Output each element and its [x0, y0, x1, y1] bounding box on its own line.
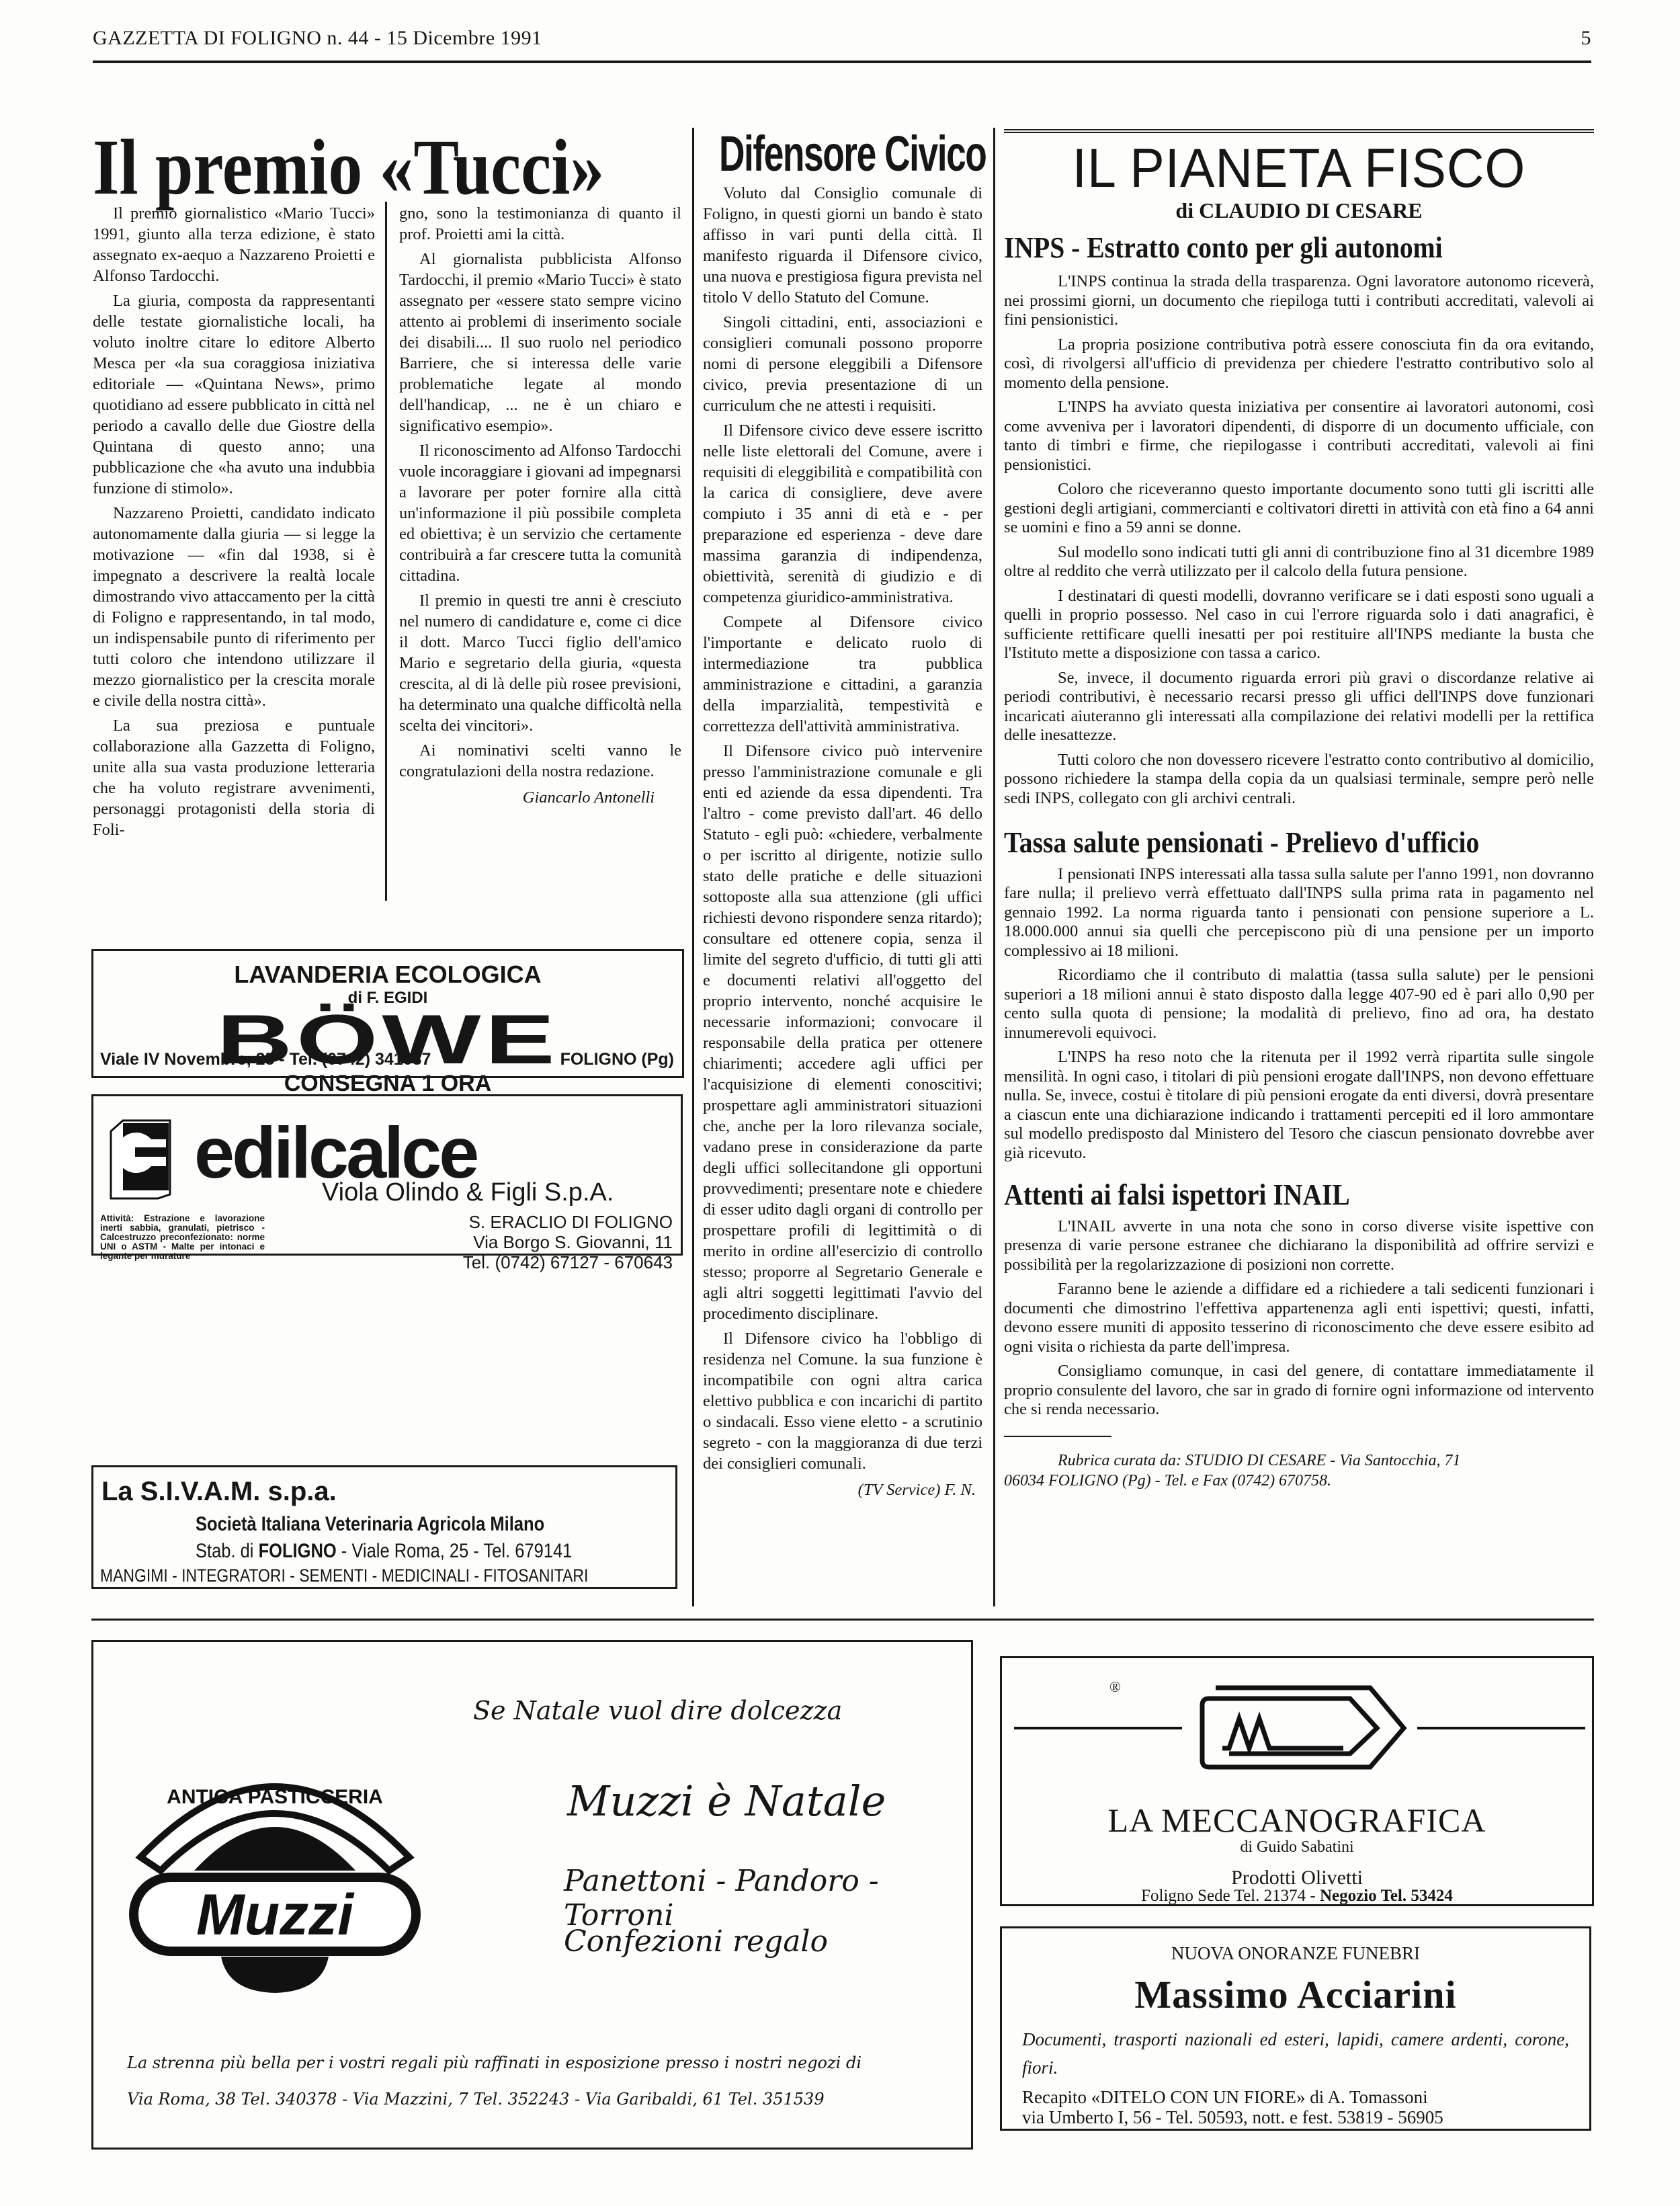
difensore-column: Voluto dal Consiglio comunale di Foligno…	[703, 183, 982, 1500]
contacts-bold: Negozio Tel. 53424	[1320, 1887, 1453, 1905]
ad-business-name: LAVANDERIA ECOLOGICA	[93, 961, 682, 989]
paragraph: Voluto dal Consiglio comunale di Foligno…	[703, 183, 982, 308]
ad-address: Viale IV Novembre, 25 - Tel. (0742) 3410…	[100, 1050, 431, 1069]
tucci-column-2: gno, sono la testimonianza di quanto il …	[399, 203, 681, 808]
funebri-kicker: NUOVA ONORANZE FUNEBRI	[1002, 1943, 1589, 1964]
headline-tassa-salute: Tassa salute pensionati - Prelievo d'uff…	[1004, 827, 1535, 859]
paragraph: Faranno bene le aziende a diffidare ed a…	[1004, 1280, 1594, 1356]
headline-premio-tucci: Il premio «Tucci»	[93, 128, 601, 207]
ad-edilcalce: edilcalce Viola Olindo & Figli S.p.A. At…	[91, 1094, 683, 1256]
paragraph: Il premio in questi tre anni è cresciuto…	[399, 590, 681, 736]
paragraph: gno, sono la testimonianza di quanto il …	[399, 203, 681, 245]
paragraph: Il premio giornalistico «Mario Tucci» 19…	[93, 203, 375, 286]
paragraph: La propria posizione contributiva potrà …	[1004, 335, 1594, 393]
paragraph: L'INPS ha avviato questa iniziativa per …	[1004, 398, 1594, 475]
inps-article: L'INPS continua la strada della traspare…	[1004, 272, 1594, 808]
muzzi-footer1: La strenna più bella per i vostri regali…	[127, 2053, 862, 2072]
paragraph: I pensionati INPS interessati alla tassa…	[1004, 865, 1594, 961]
column-divider	[385, 202, 387, 901]
fisco-body: INPS - Estratto conto per gli autonomi L…	[1004, 232, 1594, 1491]
address-line: Via Borgo S. Giovanni, 11	[463, 1232, 673, 1252]
ad-onoranze-funebri: NUOVA ONORANZE FUNEBRI Massimo Acciarini…	[1000, 1926, 1591, 2131]
address-line: Tel. (0742) 67127 - 670643	[463, 1252, 673, 1272]
author-signature: Giancarlo Antonelli	[399, 787, 681, 808]
funebri-address-2: via Umberto I, 56 - Tel. 50593, nott. e …	[1022, 2107, 1569, 2127]
paragraph: Al giornalista pubblicista Alfonso Tardo…	[399, 249, 681, 436]
paragraph: I destinatari di questi modelli, dovrann…	[1004, 587, 1594, 663]
address-line: S. ERACLIO DI FOLIGNO	[463, 1212, 673, 1232]
paragraph: La giuria, composta da rappresentanti de…	[93, 290, 375, 499]
running-head: GAZZETTA DI FOLIGNO n. 44 - 15 Dicembre …	[93, 27, 1591, 54]
section-byline: di CLAUDIO DI CESARE	[1004, 198, 1594, 223]
ad-pasticceria-muzzi: ANTICA PASTICCERIA Muzzi Se Natale vuol …	[91, 1640, 973, 2150]
paragraph: Il Difensore civico deve essere iscritto…	[703, 420, 982, 608]
ad-meccanografica: ® LA MECCANOGRAFICA di Guido Sabatini Pr…	[1000, 1656, 1594, 1906]
credit-rule	[1004, 1436, 1111, 1437]
inail-article: L'INAIL avverte in una nota che sono in …	[1004, 1217, 1594, 1420]
paragraph: Il riconoscimento ad Alfonso Tardocchi v…	[399, 440, 681, 586]
header-rule	[93, 60, 1591, 63]
paragraph: Nazzareno Proietti, candidato indicato a…	[93, 503, 375, 711]
meccanografica-logo-icon	[1007, 1685, 1589, 1772]
paragraph: Il Difensore civico ha l'obbligo di resi…	[703, 1328, 982, 1474]
sivam-name: La S.I.V.A.M. s.p.a.	[101, 1477, 337, 1507]
section-rule	[1004, 129, 1594, 134]
newspaper-issue: GAZZETTA DI FOLIGNO n. 44 - 15 Dicembre …	[93, 27, 542, 49]
ad-sivam: La S.I.V.A.M. s.p.a. Società Italiana Ve…	[91, 1465, 677, 1589]
muzzi-line3: Panettoni - Pandoro - Torroni	[564, 1864, 971, 1932]
paragraph: Tutti coloro che non dovessero ricevere …	[1004, 751, 1594, 809]
tassa-salute-article: I pensionati INPS interessati alla tassa…	[1004, 865, 1594, 1163]
ad-city: FOLIGNO (Pg)	[560, 1050, 674, 1069]
meccanografica-contacts: Foligno Sede Tel. 21374 - Negozio Tel. 5…	[1002, 1887, 1592, 1906]
headline-inps: INPS - Estratto conto per gli autonomi	[1004, 232, 1535, 264]
edilcalce-address: S. ERACLIO DI FOLIGNO Via Borgo S. Giova…	[463, 1212, 673, 1272]
edilcalce-activity: Attività: Estrazione e lavorazione inert…	[100, 1214, 265, 1261]
paragraph: Singoli cittadini, enti, associazioni e …	[703, 312, 982, 416]
meccanografica-owner: di Guido Sabatini	[1002, 1838, 1592, 1856]
paragraph: La sua preziosa e puntuale collaborazion…	[93, 715, 375, 840]
sivam-full-name: Società Italiana Veterinaria Agricola Mi…	[196, 1513, 544, 1536]
funebri-name: Massimo Acciarini	[1002, 1972, 1589, 2017]
paragraph: L'INAIL avverte in una nota che sono in …	[1004, 1217, 1594, 1275]
address-text: Stab. di	[196, 1540, 259, 1562]
logo-name-text: Muzzi	[196, 1883, 355, 1947]
column-divider	[993, 128, 995, 1606]
bottom-rule	[91, 1619, 1594, 1621]
column-credit-2: 06034 FOLIGNO (Pg) - Tel. e Fax (0742) 6…	[1004, 1471, 1594, 1491]
meccanografica-products: Prodotti Olivetti	[1002, 1867, 1592, 1889]
edilcalce-company: Viola Olindo & Figli S.p.A.	[322, 1178, 614, 1207]
address-text: - Viale Roma, 25 - Tel. 679141	[337, 1540, 573, 1562]
page-number: 5	[1581, 27, 1592, 50]
muzzi-logo-icon: ANTICA PASTICCERIA Muzzi	[120, 1743, 429, 1998]
section-title-pianeta-fisco: IL PIANETA FISCO	[1021, 141, 1576, 196]
paragraph: Se, invece, il documento riguarda errori…	[1004, 669, 1594, 745]
funebri-address-1: Recapito «DITELO CON UN FIORE» di A. Tom…	[1022, 2087, 1569, 2107]
meccanografica-name: LA MECCANOGRAFICA	[1002, 1801, 1592, 1840]
headline-inail: Attenti ai falsi ispettori INAIL	[1004, 1179, 1535, 1211]
paragraph: Consigliamo comunque, in casi del genere…	[1004, 1362, 1594, 1420]
edilcalce-logo-icon	[108, 1119, 173, 1200]
muzzi-line2: Muzzi è Natale	[567, 1776, 886, 1826]
column-divider	[692, 128, 694, 1606]
muzzi-line1: Se Natale vuol dire dolcezza	[473, 1696, 842, 1725]
paragraph: Sul modello sono indicati tutti gli anni…	[1004, 543, 1594, 581]
funebri-services: Documenti, trasporti nazionali ed esteri…	[1022, 2025, 1569, 2082]
ad-lavanderia-bowe: LAVANDERIA ECOLOGICA di F. EGIDI BÖWE CO…	[91, 949, 684, 1078]
headline-difensore-civico: Difensore Civico	[719, 129, 913, 179]
logo-arc-text: ANTICA PASTICCERIA	[167, 1786, 383, 1808]
sivam-address: Stab. di FOLIGNO - Viale Roma, 25 - Tel.…	[196, 1540, 572, 1563]
paragraph: Coloro che riceveranno questo importante…	[1004, 480, 1594, 538]
paragraph: Compete al Difensore civico l'importante…	[703, 612, 982, 737]
paragraph: Ai nominativi scelti vanno le congratula…	[399, 740, 681, 782]
sivam-products: MANGIMI - INTEGRATORI - SEMENTI - MEDICI…	[100, 1565, 588, 1586]
contacts-text: Foligno Sede Tel. 21374 -	[1141, 1887, 1320, 1905]
paragraph: Ricordiamo che il contributo di malattia…	[1004, 966, 1594, 1043]
column-credit-1: Rubrica curata da: STUDIO DI CESARE - Vi…	[1004, 1451, 1594, 1471]
author-signature: (TV Service) F. N.	[703, 1479, 982, 1500]
muzzi-footer2: Via Roma, 38 Tel. 340378 - Via Mazzini, …	[127, 2090, 825, 2109]
muzzi-line4: Confezioni regalo	[564, 1924, 828, 1959]
tucci-column-1: Il premio giornalistico «Mario Tucci» 19…	[93, 203, 375, 840]
paragraph: L'INPS ha reso noto che la ritenuta per …	[1004, 1048, 1594, 1163]
paragraph: L'INPS continua la strada della traspare…	[1004, 272, 1594, 330]
address-city: FOLIGNO	[259, 1540, 337, 1562]
